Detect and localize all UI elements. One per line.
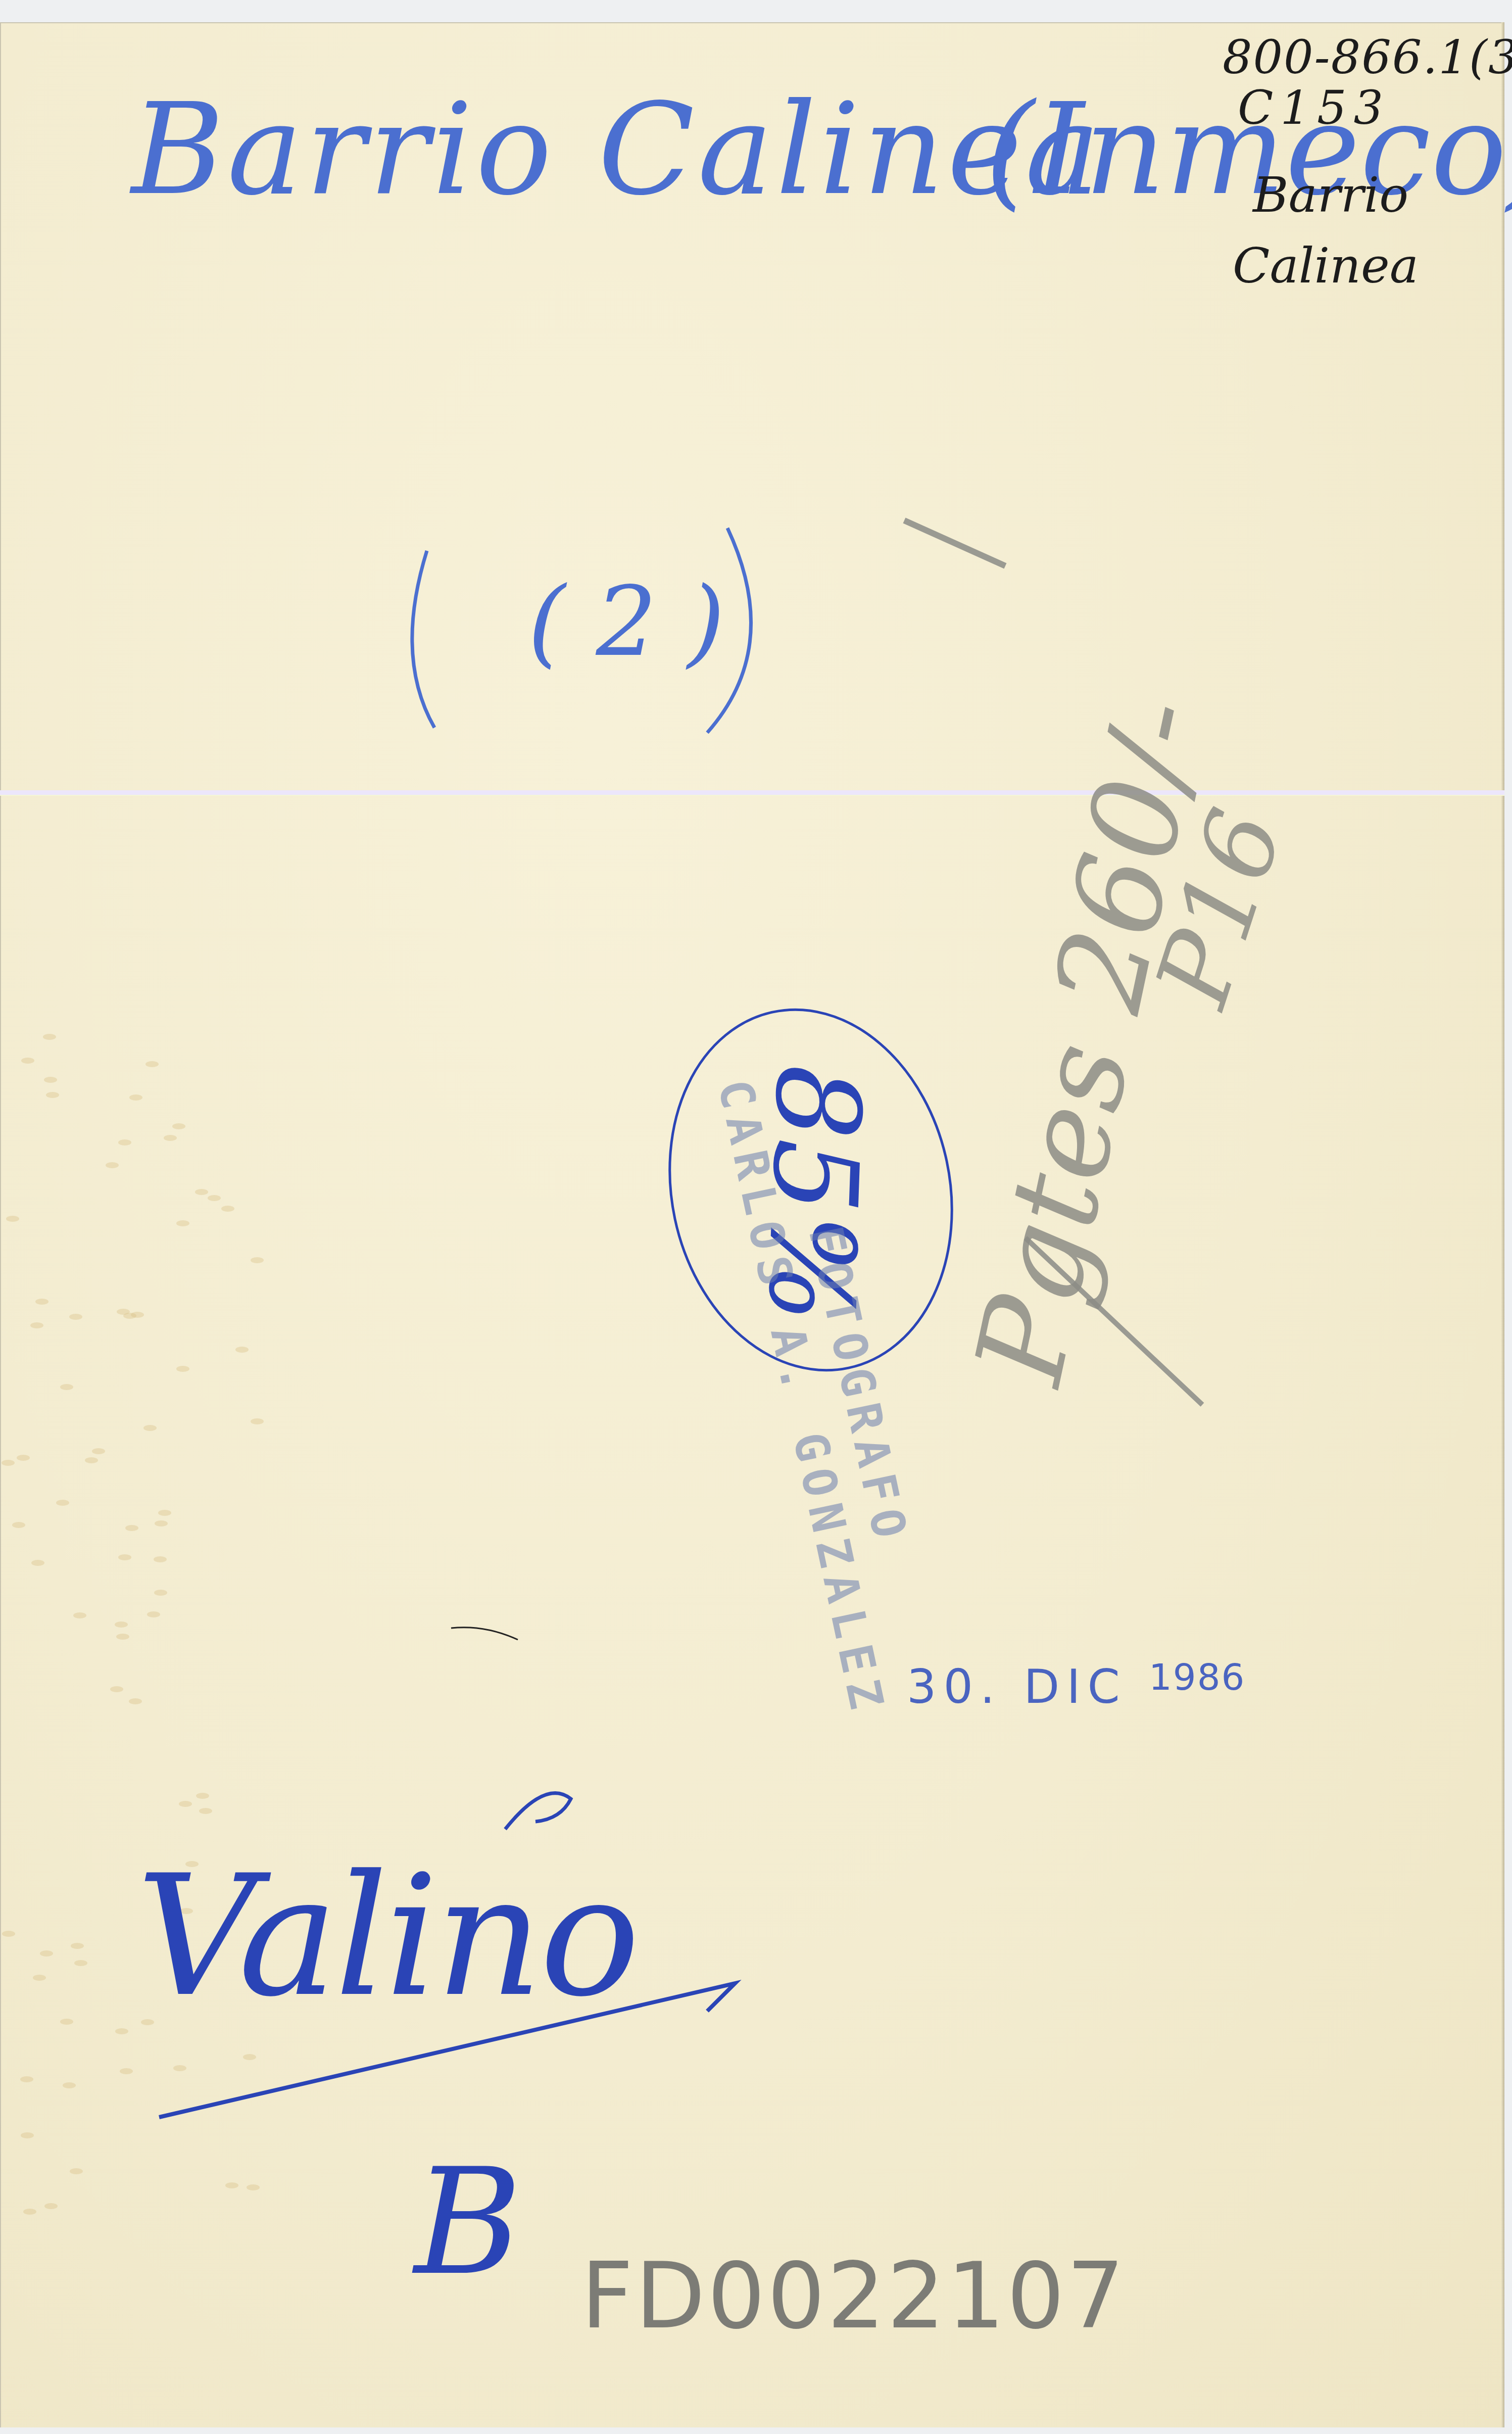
location-note-line1: Barrio bbox=[1253, 167, 1408, 223]
photographer-stamp: FOTOGRAFO CARLOS A. GONZALEZ bbox=[705, 1063, 954, 1722]
copy-number: ( 2 ) bbox=[528, 566, 725, 678]
reference-code: C153 bbox=[1238, 81, 1390, 135]
grade-letter: B bbox=[414, 2137, 522, 2308]
reference-number: 800-866.1(33) bbox=[1223, 30, 1512, 84]
annotations-layer: Barrio Calinea (Inmeco) 800-866.1(33) C1… bbox=[0, 0, 1512, 2434]
title-handwritten: Barrio Calinea bbox=[131, 76, 1103, 223]
location-note-line2: Calinea bbox=[1233, 237, 1419, 294]
archive-id: FD0022107 bbox=[581, 2244, 1127, 2349]
pencil-note-vertical: Pgtes 260/- bbox=[948, 687, 1231, 1395]
date-stamp-year: 1986 bbox=[1149, 1656, 1245, 1698]
date-stamp: 30. DIC 1986 bbox=[907, 1660, 1245, 1714]
signature: Valino bbox=[136, 1839, 637, 2033]
date-stamp-day-month: 30. DIC bbox=[907, 1660, 1127, 1714]
